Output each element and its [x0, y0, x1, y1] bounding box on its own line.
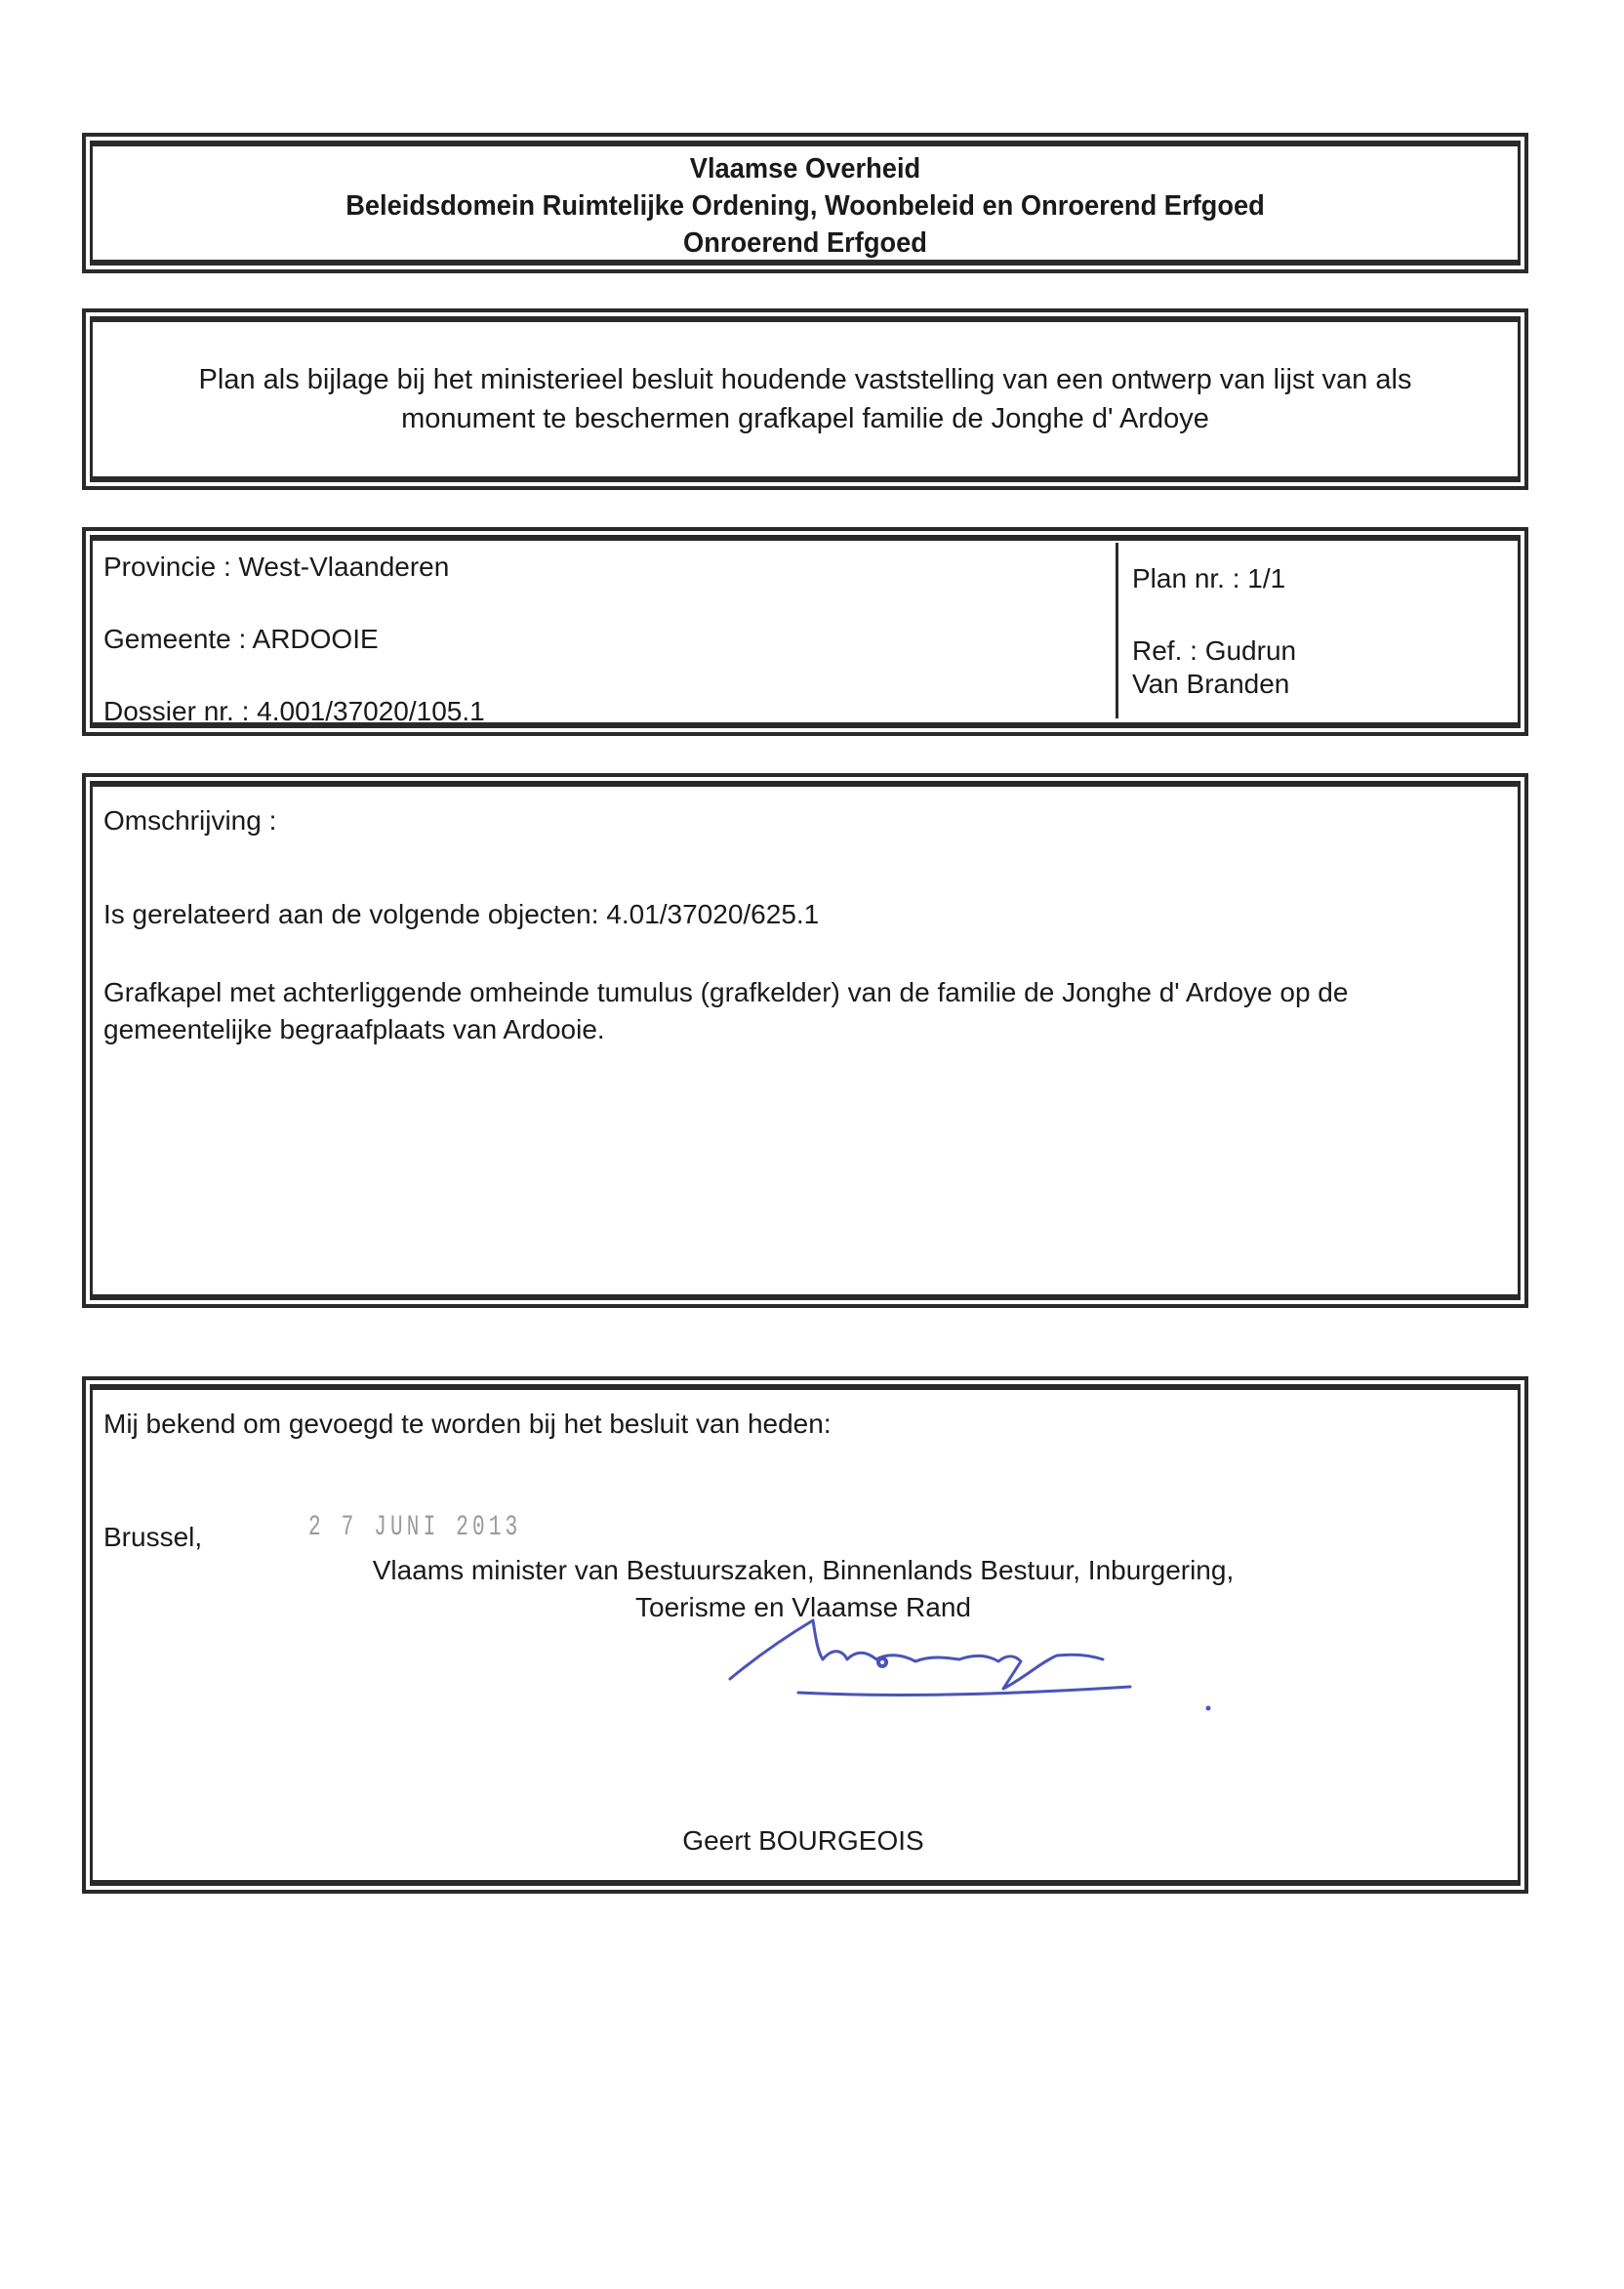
document-title: Plan als bijlage bij het ministerieel be… — [100, 360, 1511, 438]
signer-name: Geert BOURGEOIS — [96, 1825, 1511, 1857]
reference-field: Ref. : Gudrun — [1132, 634, 1296, 668]
signature-box: Mij bekend om gevoegd te worden bij het … — [82, 1376, 1528, 1894]
header-box: Vlaamse Overheid Beleidsdomein Ruimtelij… — [82, 133, 1528, 273]
description-body: Grafkapel met achterliggende omheinde tu… — [103, 974, 1491, 1048]
header-policy-domain: Beleidsdomein Ruimtelijke Ordening, Woon… — [142, 187, 1468, 225]
info-right-column: Plan nr. : 1/1 Ref. : Gudrun Van Branden — [1118, 543, 1515, 718]
info-box: Provincie : West-Vlaanderen Gemeente : A… — [82, 527, 1528, 736]
municipality-field: Gemeente : ARDOOIE — [103, 623, 379, 656]
title-box: Plan als bijlage bij het ministerieel be… — [82, 308, 1528, 490]
dossier-number-field: Dossier nr. : 4.001/37020/105.1 — [103, 695, 485, 728]
header-agency: Onroerend Erfgoed — [142, 225, 1468, 262]
info-left-column: Provincie : West-Vlaanderen Gemeente : A… — [96, 543, 1118, 718]
acknowledgement-text: Mij bekend om gevoegd te worden bij het … — [103, 1406, 1491, 1443]
related-objects-text: Is gerelateerd aan de volgende objecten:… — [103, 896, 1491, 933]
handwritten-signature-icon — [720, 1611, 1247, 1728]
province-field: Provincie : West-Vlaanderen — [103, 551, 449, 584]
plan-number-field: Plan nr. : 1/1 — [1132, 562, 1285, 595]
description-label: Omschrijving : — [103, 802, 1491, 839]
header-organisation: Vlaamse Overheid — [142, 150, 1468, 187]
minister-title-line-1: Vlaams minister van Bestuurszaken, Binne… — [96, 1552, 1511, 1589]
description-box: Omschrijving : Is gerelateerd aan de vol… — [82, 773, 1528, 1308]
reference-field-continued: Van Branden — [1132, 668, 1289, 701]
date-stamp: 2 7 JUNI 2013 — [308, 1511, 521, 1544]
